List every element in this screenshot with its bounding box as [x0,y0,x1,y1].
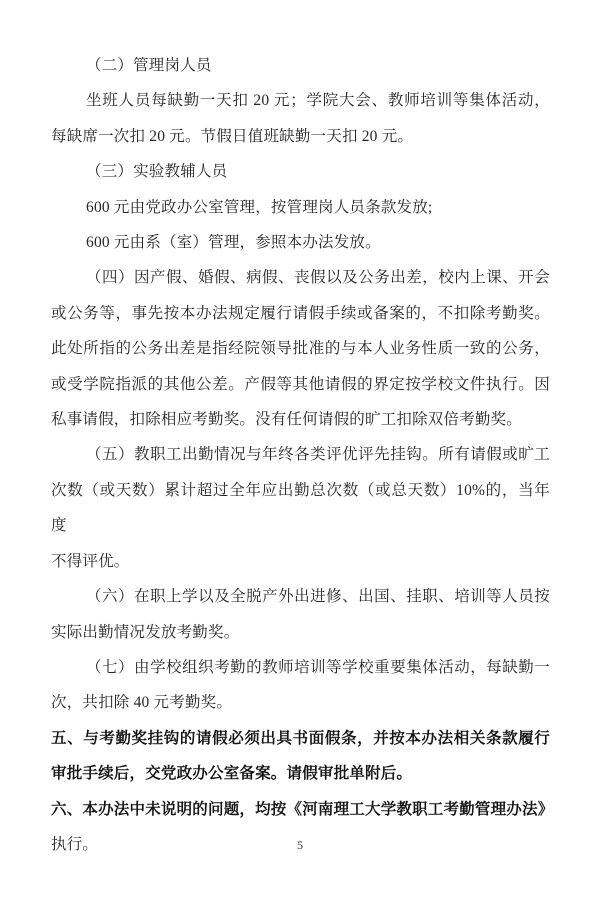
paragraph: （四）因产假、婚假、病假、丧假以及公务出差，校内上课、开会或公务等，事先按本办法… [51,260,550,437]
paragraph: （七）由学校组织考勤的教师培训等学校重要集体活动，每缺勤一次，共扣除 40 元考… [51,650,550,721]
paragraph: （五）教职工出勤情况与年终各类评优评先挂钩。所有请假或旷工次数（或天数）累计超过… [51,437,550,579]
paragraph: 600 元由系（室）管理，参照本办法发放。 [51,225,550,260]
paragraph-line: 次，共扣除 40 元考勤奖。 [51,685,550,720]
paragraph-line: 次数（或天数）累计超过全年应出勤总次数（或总天数）10%的，当年度 [51,473,550,544]
paragraph-line: 600 元由党政办公室管理，按管理岗人员条款发放; [51,190,550,225]
paragraph: （二）管理岗人员 [51,48,550,83]
paragraph: （三）实验教辅人员 [51,154,550,189]
paragraph-line: 五、与考勤奖挂钩的请假必须出具书面假条，并按本办法相关条款履行 [51,721,550,756]
paragraph-line: 实际出勤情况发放考勤奖。 [51,615,550,650]
paragraph: 600 元由党政办公室管理，按管理岗人员条款发放; [51,190,550,225]
document-body: （二）管理岗人员坐班人员每缺勤一天扣 20 元；学院大会、教师培训等集体活动，每… [51,48,550,862]
paragraph-line: 坐班人员每缺勤一天扣 20 元；学院大会、教师培训等集体活动， [51,83,550,118]
paragraph-line: 六、本办法中未说明的问题，均按《河南理工大学教职工考勤管理办法》 [51,792,550,827]
paragraph: 坐班人员每缺勤一天扣 20 元；学院大会、教师培训等集体活动，每缺席一次扣 20… [51,83,550,154]
page-number: 5 [297,838,303,852]
paragraph-line: （五）教职工出勤情况与年终各类评优评先挂钩。所有请假或旷工 [51,437,550,472]
page-footer: 5 [0,838,600,853]
paragraph-line: 审批手续后，交党政办公室备案。请假审批单附后。 [51,756,550,791]
paragraph-line: 或受学院指派的其他公差。产假等其他请假的界定按学校文件执行。因 [51,367,550,402]
paragraph: （六）在职上学以及全脱产外出进修、出国、挂职、培训等人员按实际出勤情况发放考勤奖… [51,579,550,650]
paragraph-line: 每缺席一次扣 20 元。节假日值班缺勤一天扣 20 元。 [51,119,550,154]
paragraph-line: 不得评优。 [51,544,550,579]
paragraph-line: （四）因产假、婚假、病假、丧假以及公务出差，校内上课、开会 [51,260,550,295]
paragraph-line: （六）在职上学以及全脱产外出进修、出国、挂职、培训等人员按 [51,579,550,614]
paragraph: 五、与考勤奖挂钩的请假必须出具书面假条，并按本办法相关条款履行审批手续后，交党政… [51,721,550,792]
paragraph-line: 私事请假，扣除相应考勤奖。没有任何请假的旷工扣除双倍考勤奖。 [51,402,550,437]
paragraph-line: 600 元由系（室）管理，参照本办法发放。 [51,225,550,260]
paragraph-line: 此处所指的公务出差是指经院领导批准的与本人业务性质一致的公务， [51,331,550,366]
document-page: （二）管理岗人员坐班人员每缺勤一天扣 20 元；学院大会、教师培训等集体活动，每… [0,0,600,900]
paragraph-line: （三）实验教辅人员 [51,154,550,189]
paragraph-line: （二）管理岗人员 [51,48,550,83]
paragraph-line: 或公务等，事先按本办法规定履行请假手续或备案的，不扣除考勤奖。 [51,296,550,331]
paragraph-line: （七）由学校组织考勤的教师培训等学校重要集体活动，每缺勤一 [51,650,550,685]
